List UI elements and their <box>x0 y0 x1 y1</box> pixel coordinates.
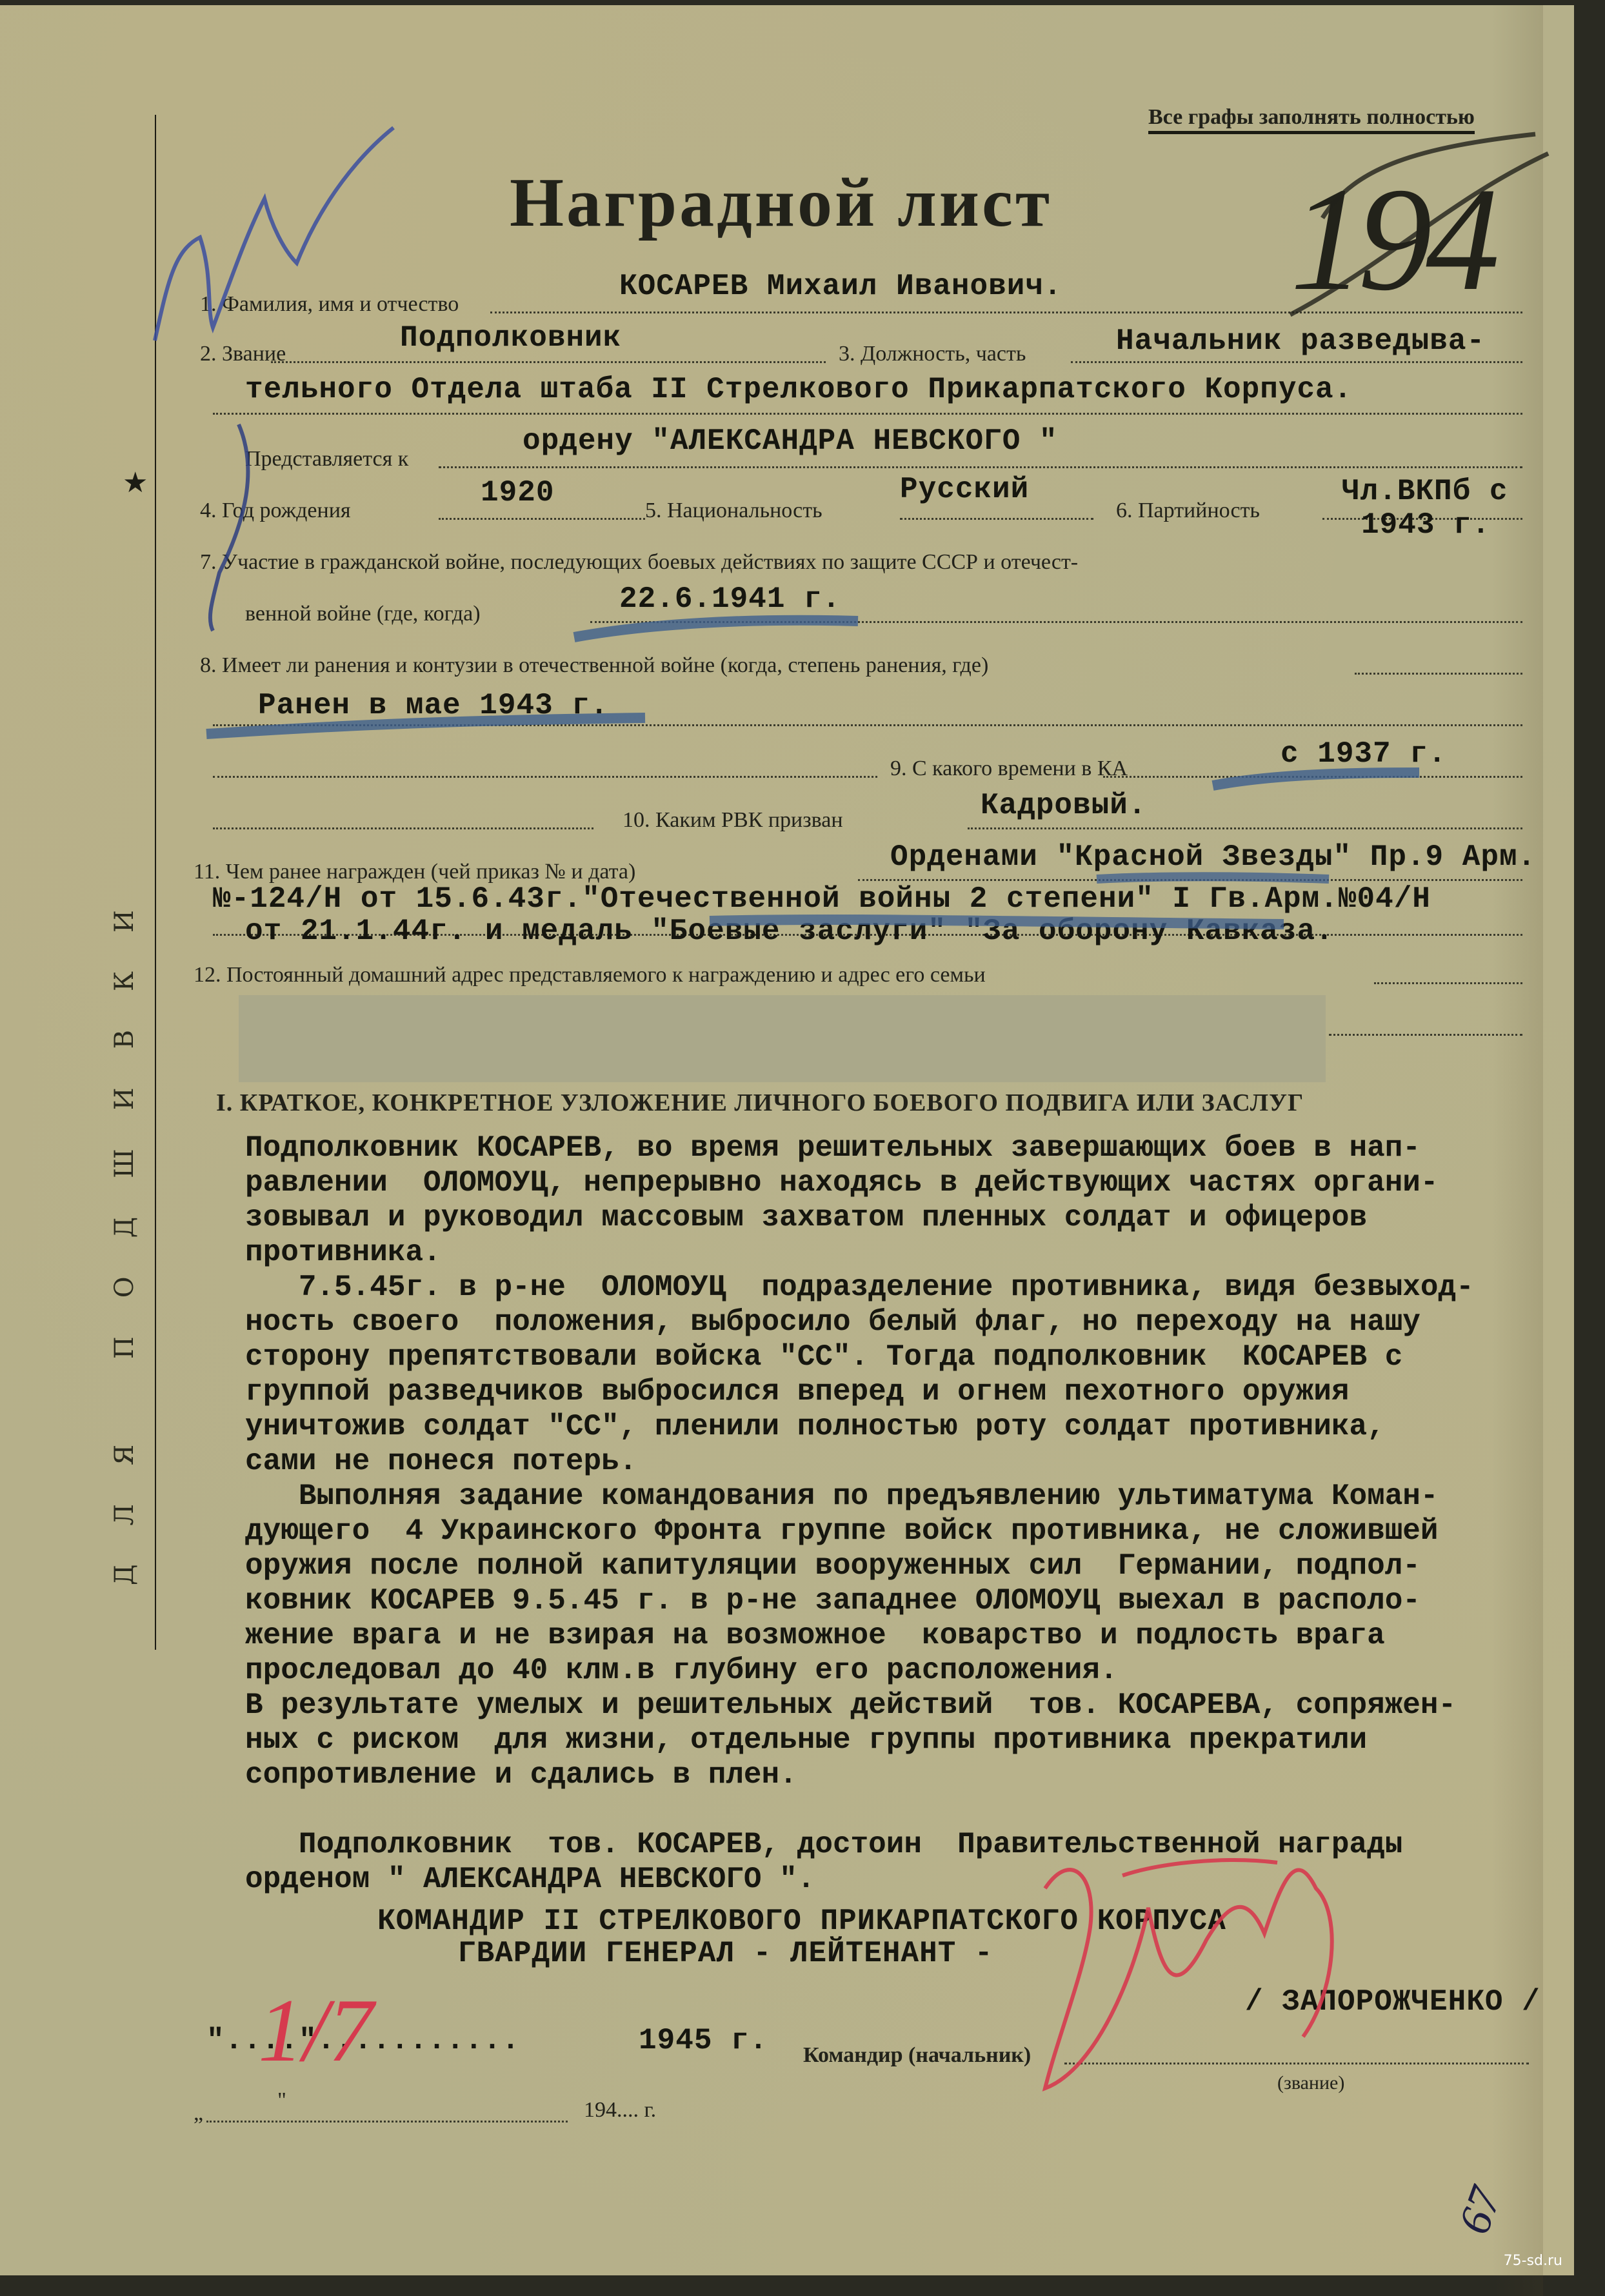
field-2-line <box>271 361 826 363</box>
field-10-line <box>968 827 1522 829</box>
field-9-line <box>1103 776 1522 778</box>
rank-caption: (звание) <box>1277 2072 1344 2094</box>
field-3-position-line1: Начальник разведыва- <box>1116 324 1485 358</box>
field-11-line <box>858 879 1522 881</box>
field-7-label: 7. Участие в гражданской войне, последую… <box>200 550 1078 575</box>
field-1-label: 1. Фамилия, имя и отчество <box>200 292 459 317</box>
field-4-label: 4. Год рождения <box>200 499 351 523</box>
binding-label: ДЛЯ ПОДШИВКИ <box>110 871 139 1585</box>
field-3-label: 3. Должность, часть <box>839 342 1026 366</box>
redacted-address-block <box>239 995 1326 1082</box>
field-9-army-since: с 1937 г. <box>1281 737 1446 771</box>
document-title: Наградной лист <box>510 163 1052 243</box>
field-5-label: 5. Национальность <box>645 499 822 523</box>
commander-label: Командир (начальник) <box>803 2043 1031 2068</box>
source-watermark: 75-sd.ru <box>1504 2253 1562 2269</box>
second-date-open-quote: „ <box>194 2101 203 2126</box>
field-7-label-cont: венной войне (где, когда) <box>245 602 481 626</box>
field-5-line <box>900 518 1093 520</box>
field-3-position-line2: тельного Отдела штаба II Стрелкового При… <box>245 373 1352 406</box>
field-10-leading-line <box>213 827 593 829</box>
second-date-close-quote: " <box>277 2088 286 2113</box>
field-12-line2 <box>1329 1034 1522 1036</box>
presented-line <box>439 466 1522 468</box>
field-12-line <box>1374 982 1522 984</box>
field-8-line <box>1355 673 1522 675</box>
second-date-line <box>206 2121 568 2123</box>
signatory-title-line2: ГВАРДИИ ГЕНЕРАЛ - ЛЕЙТЕНАНТ - <box>458 1937 993 1970</box>
field-10-label: 10. Каким РВК призван <box>623 808 843 833</box>
field-10-conscription: Кадровый. <box>981 789 1146 822</box>
field-7-line <box>590 621 1522 623</box>
field-11-awards-line2: №-124/Н от 15.6.43г."Отечественной войны… <box>213 882 1431 916</box>
field-11-awards-line1: Орденами "Красной Звезды" Пр.9 Арм. <box>890 840 1536 874</box>
section-heading: I. КРАТКОЕ, КОНКРЕТНОЕ УЗЛОЖЕНИЕ ЛИЧНОГО… <box>216 1089 1304 1117</box>
presented-award: ордену "АЛЕКСАНДРА НЕВСКОГО " <box>523 424 1058 458</box>
blue-pencil-check-icon <box>210 424 248 631</box>
handwritten-registry-number: 194 <box>1290 153 1493 324</box>
merit-description: Подполковник КОСАРЕВ, во время решительн… <box>245 1131 1548 1897</box>
field-8-line2 <box>213 724 1522 726</box>
signatory-title-line1: КОМАНДИР II СТРЕЛКОВОГО ПРИКАРПАТСКОГО К… <box>377 1905 1226 1938</box>
signatory-name: / ЗАПОРОЖЧЕНКО / <box>1245 1985 1540 2019</box>
fill-all-fields-note: Все графы заполнять полностью <box>1148 105 1475 134</box>
field-2-rank: Подполковник <box>400 321 621 355</box>
second-date-year: 194.... г. <box>584 2098 656 2123</box>
field-4-birth-year: 1920 <box>481 476 554 510</box>
field-3-line2 <box>213 413 1522 415</box>
sign-year: 1945 г. <box>639 2024 768 2057</box>
field-9-leading-line <box>213 776 877 778</box>
field-8-wounds: Ранен в мае 1943 г. <box>258 689 609 722</box>
field-11-label: 11. Чем ранее награжден (чей приказ № и … <box>194 860 635 884</box>
binding-margin-line <box>155 115 156 1650</box>
field-6-party-line1: Чл.ВКПб с <box>1342 475 1508 508</box>
field-6-label: 6. Партийность <box>1116 499 1260 523</box>
field-12-label: 12. Постоянный домашний адрес представля… <box>194 963 986 987</box>
handwritten-sign-date: 1/7 <box>258 1979 374 2083</box>
presented-label: Представляется к <box>245 447 408 471</box>
award-sheet: ★ ДЛЯ ПОДШИВКИ Все графы заполнять полно… <box>0 5 1574 2275</box>
field-8-label: 8. Имеет ли ранения и контузии в отечест… <box>200 653 988 678</box>
field-1-full-name: КОСАРЕВ Михаил Иванович. <box>619 270 1062 303</box>
star-icon: ★ <box>123 466 148 499</box>
commander-line <box>1064 2063 1529 2064</box>
field-3-line <box>1071 361 1522 363</box>
blue-underline-army-since <box>1213 773 1419 786</box>
field-4-line <box>439 518 645 520</box>
field-9-label: 9. С какого времени в КА <box>890 757 1128 781</box>
field-6-party-line2: 1943 г. <box>1361 508 1490 542</box>
field-7-war-participation: 22.6.1941 г. <box>619 582 841 616</box>
field-11-awards-line3: от 21.1.44г. и медаль "Боевые заслуги" "… <box>245 915 1334 948</box>
field-5-nationality: Русский <box>900 473 1029 506</box>
